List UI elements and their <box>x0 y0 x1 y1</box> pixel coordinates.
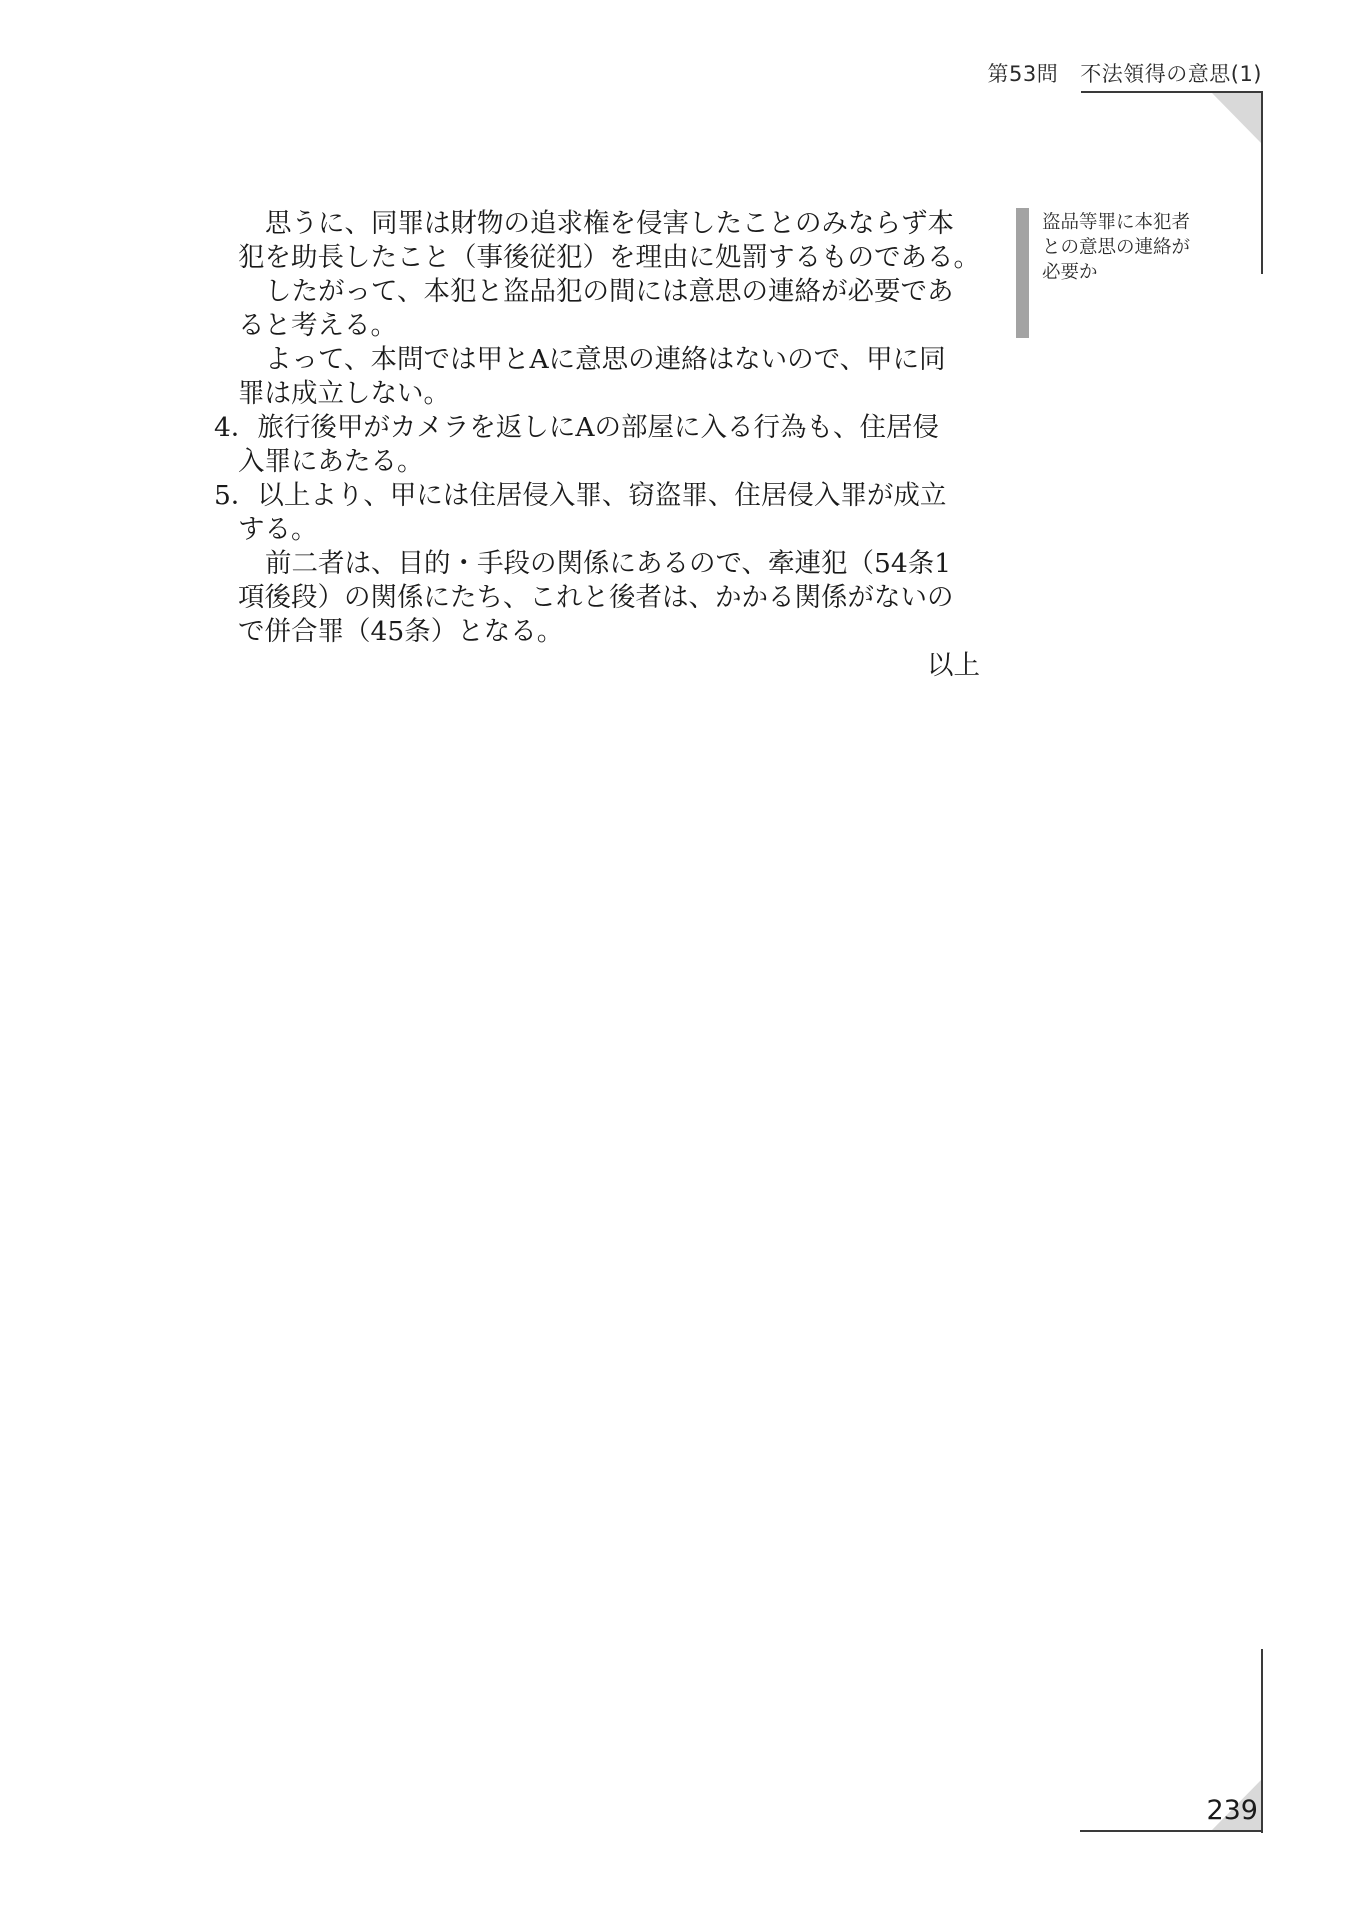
body-line: 思うに、同罪は財物の追求権を侵害したことのみならず本 <box>214 207 980 241</box>
top-corner-triangle <box>1212 93 1261 143</box>
top-frame-vertical-rule <box>1261 91 1263 274</box>
numbered-item-5: 5．以上より、甲には住居侵入罪、窃盗罪、住居侵入罪が成立 <box>214 479 980 513</box>
body-line: よって、本問では甲とAに意思の連絡はないので、甲に同 <box>214 343 980 377</box>
margin-note-bar <box>1016 208 1029 338</box>
margin-note-line: 必要か <box>1042 260 1222 285</box>
numbered-item-4: 4．旅行後甲がカメラを返しにAの部屋に入る行為も、住居侵 <box>214 411 980 445</box>
body-line: ると考える。 <box>214 309 980 343</box>
body-line: 前二者は、目的・手段の関係にあるので、牽連犯（54条1 <box>214 547 980 581</box>
running-header: 第53問不法領得の意思(1) <box>988 58 1262 88</box>
body-line: 罪は成立しない。 <box>214 377 980 411</box>
body-line: する。 <box>214 513 980 547</box>
body-line: したがって、本犯と盗品犯の間には意思の連絡が必要であ <box>214 275 980 309</box>
body-line: で併合罪（45条）となる。 <box>214 615 980 649</box>
closing-mark: 以上 <box>214 649 980 683</box>
page-number: 239 <box>1206 1795 1258 1826</box>
body-line: 犯を助長したこと（事後従犯）を理由に処罰するものである。 <box>214 241 980 275</box>
body-line: 入罪にあたる。 <box>214 445 980 479</box>
chapter-title: 不法領得の意思(1) <box>1080 62 1262 86</box>
bottom-frame-vertical-rule <box>1261 1649 1263 1833</box>
body-line: 項後段）の関係にたち、これと後者は、かかる関係がないの <box>214 581 980 615</box>
bottom-frame-horizontal-rule <box>1080 1830 1263 1832</box>
margin-note-line: との意思の連絡が <box>1042 235 1222 260</box>
margin-note: 盗品等罪に本犯者 との意思の連絡が 必要か <box>1042 210 1222 285</box>
margin-note-line: 盗品等罪に本犯者 <box>1042 210 1222 235</box>
question-number: 第53問 <box>988 62 1059 86</box>
body-text: 思うに、同罪は財物の追求権を侵害したことのみならず本 犯を助長したこと（事後従犯… <box>214 207 980 683</box>
